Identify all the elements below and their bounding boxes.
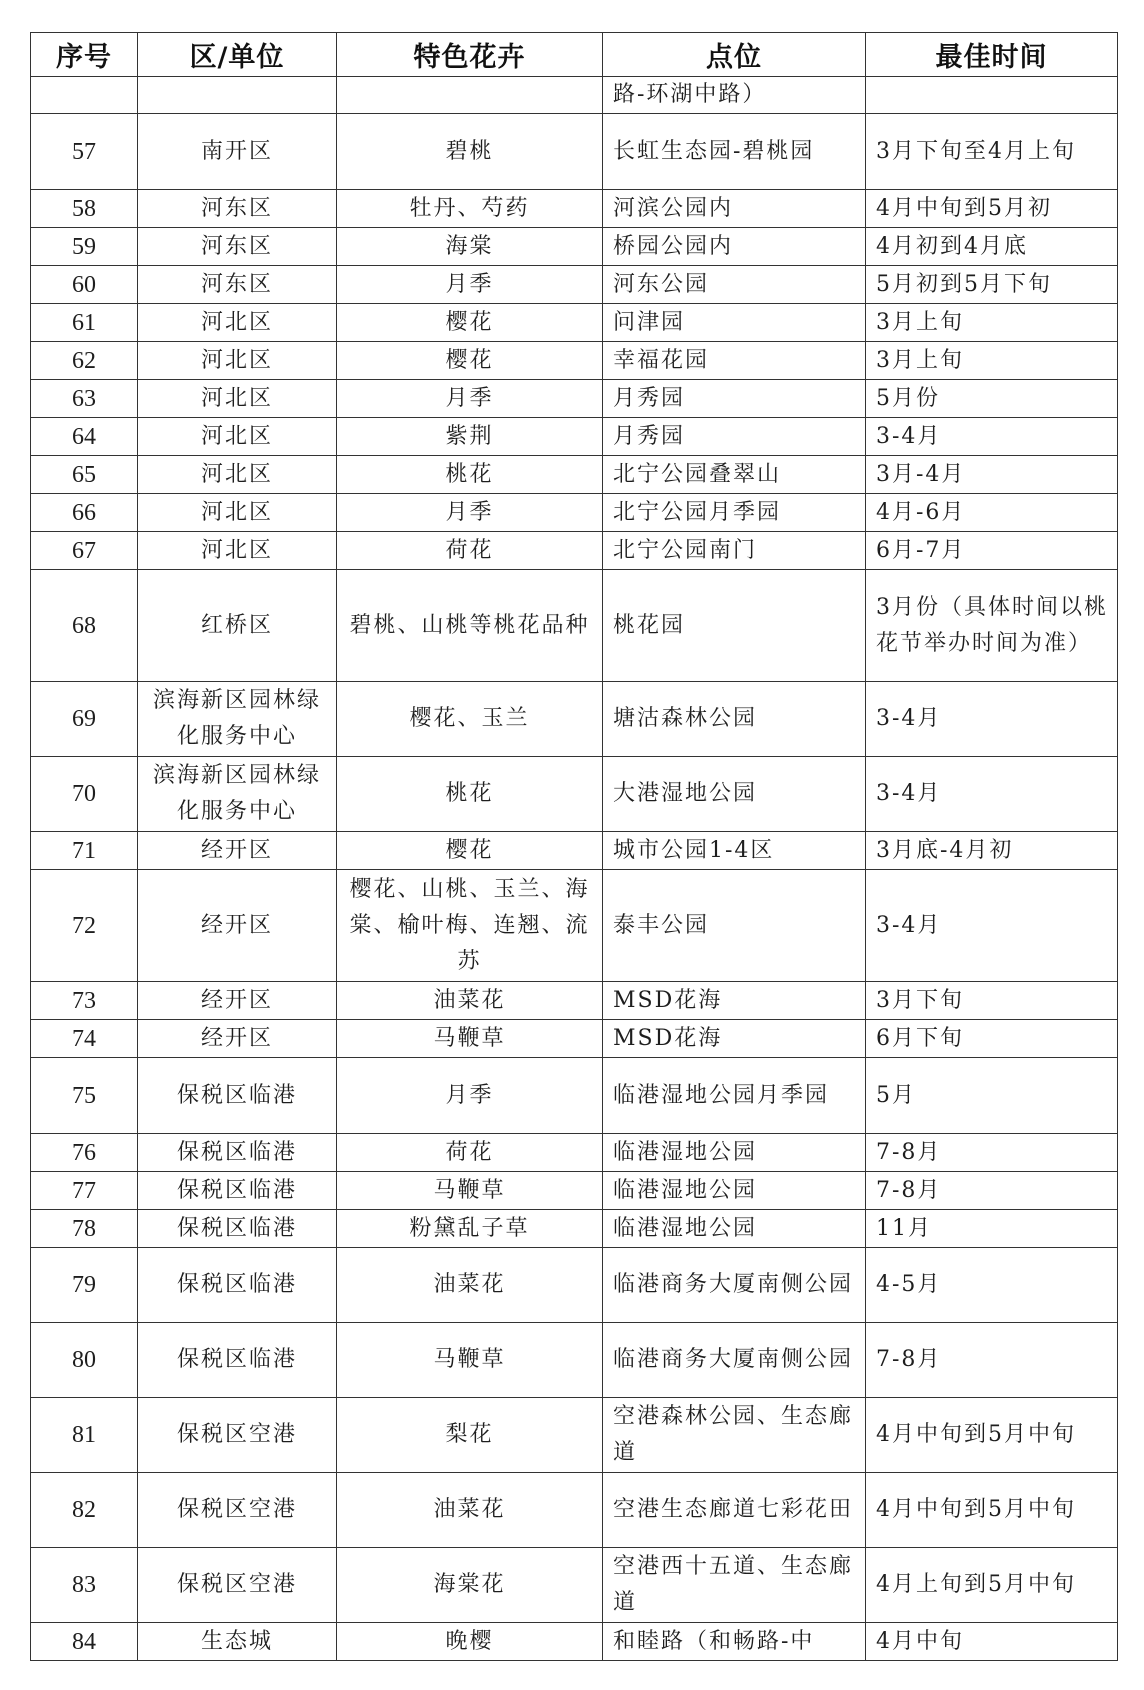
cell-location: 长虹生态园-碧桃园 — [603, 114, 866, 190]
table-row: 79保税区临港油菜花临港商务大厦南侧公园4-5月 — [31, 1248, 1118, 1323]
cell-flower: 油菜花 — [337, 1248, 603, 1323]
cell-district: 经开区 — [138, 870, 337, 982]
cell-serial-number: 74 — [31, 1020, 138, 1058]
cell-district: 红桥区 — [138, 570, 337, 682]
cell-district: 河东区 — [138, 190, 337, 228]
cell-flower: 梨花 — [337, 1398, 603, 1473]
table-row: 82保税区空港油菜花空港生态廊道七彩花田4月中旬到5月中旬 — [31, 1473, 1118, 1548]
cell-location: 空港西十五道、生态廊道 — [603, 1548, 866, 1623]
cell-best-time: 4月初到4月底 — [866, 228, 1118, 266]
cell-serial-number: 81 — [31, 1398, 138, 1473]
cell-flower: 粉黛乱子草 — [337, 1210, 603, 1248]
cell-serial-number: 69 — [31, 682, 138, 757]
cell-flower: 月季 — [337, 1058, 603, 1134]
cell-location: 空港森林公园、生态廊道 — [603, 1398, 866, 1473]
cell-best-time: 4月-6月 — [866, 494, 1118, 532]
cell-serial-number: 59 — [31, 228, 138, 266]
cell-location: 桥园公园内 — [603, 228, 866, 266]
cell-best-time: 4月中旬到5月中旬 — [866, 1398, 1118, 1473]
header-best-time: 最佳时间 — [866, 33, 1118, 77]
cell-serial-number: 61 — [31, 304, 138, 342]
table-row: 67河北区荷花北宁公园南门6月-7月 — [31, 532, 1118, 570]
cell-location: 幸福花园 — [603, 342, 866, 380]
cell-flower: 桃花 — [337, 757, 603, 832]
cell-serial-number: 73 — [31, 982, 138, 1020]
cell-district: 河北区 — [138, 532, 337, 570]
cell-best-time — [866, 77, 1118, 114]
cell-location: 泰丰公园 — [603, 870, 866, 982]
cell-flower: 樱花 — [337, 832, 603, 870]
cell-location: 桃花园 — [603, 570, 866, 682]
table-row: 73经开区油菜花MSD花海3月下旬 — [31, 982, 1118, 1020]
cell-serial-number: 63 — [31, 380, 138, 418]
cell-flower: 马鞭草 — [337, 1172, 603, 1210]
cell-serial-number: 79 — [31, 1248, 138, 1323]
cell-district: 保税区空港 — [138, 1398, 337, 1473]
cell-serial-number: 67 — [31, 532, 138, 570]
cell-flower: 樱花 — [337, 342, 603, 380]
cell-serial-number: 83 — [31, 1548, 138, 1623]
header-featured-flower: 特色花卉 — [337, 33, 603, 77]
cell-location: 临港商务大厦南侧公园 — [603, 1323, 866, 1398]
table-row: 65河北区桃花北宁公园叠翠山3月-4月 — [31, 456, 1118, 494]
cell-district: 经开区 — [138, 982, 337, 1020]
cell-flower: 马鞭草 — [337, 1323, 603, 1398]
cell-best-time: 6月下旬 — [866, 1020, 1118, 1058]
cell-flower: 荷花 — [337, 532, 603, 570]
table-row: 64河北区紫荆月秀园3-4月 — [31, 418, 1118, 456]
cell-serial-number: 66 — [31, 494, 138, 532]
cell-district: 南开区 — [138, 114, 337, 190]
table-row: 74经开区马鞭草MSD花海6月下旬 — [31, 1020, 1118, 1058]
cell-district: 滨海新区园林绿化服务中心 — [138, 682, 337, 757]
cell-district: 保税区临港 — [138, 1058, 337, 1134]
cell-location: 河滨公园内 — [603, 190, 866, 228]
cell-best-time: 3月下旬 — [866, 982, 1118, 1020]
cell-location: 临港湿地公园 — [603, 1210, 866, 1248]
table-row: 80保税区临港马鞭草临港商务大厦南侧公园7-8月 — [31, 1323, 1118, 1398]
cell-best-time: 3-4月 — [866, 418, 1118, 456]
table-row: 68红桥区碧桃、山桃等桃花品种桃花园3月份（具体时间以桃花节举办时间为准） — [31, 570, 1118, 682]
cell-serial-number: 70 — [31, 757, 138, 832]
table-row: 59河东区海棠桥园公园内4月初到4月底 — [31, 228, 1118, 266]
cell-location: 临港湿地公园 — [603, 1172, 866, 1210]
cell-location: 北宁公园南门 — [603, 532, 866, 570]
cell-district: 保税区空港 — [138, 1548, 337, 1623]
cell-serial-number: 64 — [31, 418, 138, 456]
cell-location: 大港湿地公园 — [603, 757, 866, 832]
cell-best-time: 3月份（具体时间以桃花节举办时间为准） — [866, 570, 1118, 682]
cell-best-time: 5月份 — [866, 380, 1118, 418]
table-row: 72经开区樱花、山桃、玉兰、海棠、榆叶梅、连翘、流苏泰丰公园3-4月 — [31, 870, 1118, 982]
cell-district: 生态城 — [138, 1623, 337, 1661]
table-row: 69滨海新区园林绿化服务中心樱花、玉兰塘沽森林公园3-4月 — [31, 682, 1118, 757]
cell-serial-number: 57 — [31, 114, 138, 190]
cell-best-time: 4月中旬 — [866, 1623, 1118, 1661]
cell-district: 滨海新区园林绿化服务中心 — [138, 757, 337, 832]
cell-district: 河北区 — [138, 418, 337, 456]
cell-flower: 月季 — [337, 494, 603, 532]
cell-location: 问津园 — [603, 304, 866, 342]
cell-flower: 晚樱 — [337, 1623, 603, 1661]
cell-flower: 桃花 — [337, 456, 603, 494]
cell-location: 临港商务大厦南侧公园 — [603, 1248, 866, 1323]
cell-flower: 油菜花 — [337, 982, 603, 1020]
cell-flower: 樱花、山桃、玉兰、海棠、榆叶梅、连翘、流苏 — [337, 870, 603, 982]
cell-location: 空港生态廊道七彩花田 — [603, 1473, 866, 1548]
cell-district: 河北区 — [138, 342, 337, 380]
cell-district: 保税区临港 — [138, 1248, 337, 1323]
cell-serial-number: 72 — [31, 870, 138, 982]
cell-serial-number: 78 — [31, 1210, 138, 1248]
cell-best-time: 3-4月 — [866, 870, 1118, 982]
cell-serial-number: 65 — [31, 456, 138, 494]
cell-serial-number: 71 — [31, 832, 138, 870]
cell-flower: 碧桃 — [337, 114, 603, 190]
cell-district: 河北区 — [138, 304, 337, 342]
cell-district: 河东区 — [138, 266, 337, 304]
cell-flower: 牡丹、芍药 — [337, 190, 603, 228]
cell-flower: 海棠花 — [337, 1548, 603, 1623]
cell-district: 经开区 — [138, 832, 337, 870]
cell-best-time: 11月 — [866, 1210, 1118, 1248]
cell-best-time: 3月下旬至4月上旬 — [866, 114, 1118, 190]
cell-location: 月秀园 — [603, 380, 866, 418]
cell-district: 保税区临港 — [138, 1172, 337, 1210]
cell-serial-number: 77 — [31, 1172, 138, 1210]
cell-best-time: 3月上旬 — [866, 342, 1118, 380]
table-row: 路-环湖中路） — [31, 77, 1118, 114]
table-body: 路-环湖中路）57南开区碧桃长虹生态园-碧桃园3月下旬至4月上旬58河东区牡丹、… — [31, 77, 1118, 1661]
cell-district: 经开区 — [138, 1020, 337, 1058]
cell-district: 保税区空港 — [138, 1473, 337, 1548]
cell-best-time: 6月-7月 — [866, 532, 1118, 570]
cell-location: MSD花海 — [603, 982, 866, 1020]
cell-best-time: 4月中旬到5月初 — [866, 190, 1118, 228]
cell-best-time: 7-8月 — [866, 1323, 1118, 1398]
cell-best-time: 3月上旬 — [866, 304, 1118, 342]
cell-best-time: 7-8月 — [866, 1172, 1118, 1210]
table-row: 62河北区樱花幸福花园3月上旬 — [31, 342, 1118, 380]
cell-flower: 月季 — [337, 266, 603, 304]
header-location: 点位 — [603, 33, 866, 77]
cell-location: 河东公园 — [603, 266, 866, 304]
cell-location: MSD花海 — [603, 1020, 866, 1058]
cell-flower: 油菜花 — [337, 1473, 603, 1548]
table-row: 63河北区月季月秀园5月份 — [31, 380, 1118, 418]
cell-location: 临港湿地公园月季园 — [603, 1058, 866, 1134]
header-district-unit: 区/单位 — [138, 33, 337, 77]
cell-flower: 樱花、玉兰 — [337, 682, 603, 757]
cell-serial-number: 76 — [31, 1134, 138, 1172]
cell-best-time: 7-8月 — [866, 1134, 1118, 1172]
cell-serial-number: 75 — [31, 1058, 138, 1134]
cell-district: 河北区 — [138, 494, 337, 532]
cell-location: 北宁公园叠翠山 — [603, 456, 866, 494]
table-row: 75保税区临港月季临港湿地公园月季园5月 — [31, 1058, 1118, 1134]
cell-flower: 荷花 — [337, 1134, 603, 1172]
cell-district: 保税区临港 — [138, 1210, 337, 1248]
cell-location: 月秀园 — [603, 418, 866, 456]
cell-district: 河东区 — [138, 228, 337, 266]
table-row: 71经开区樱花城市公园1-4区3月底-4月初 — [31, 832, 1118, 870]
cell-district: 保税区临港 — [138, 1323, 337, 1398]
cell-best-time: 3月-4月 — [866, 456, 1118, 494]
table-row: 61河北区樱花问津园3月上旬 — [31, 304, 1118, 342]
cell-best-time: 3-4月 — [866, 682, 1118, 757]
cell-serial-number: 80 — [31, 1323, 138, 1398]
table-row: 57南开区碧桃长虹生态园-碧桃园3月下旬至4月上旬 — [31, 114, 1118, 190]
cell-location: 临港湿地公园 — [603, 1134, 866, 1172]
cell-serial-number: 62 — [31, 342, 138, 380]
table-row: 78保税区临港粉黛乱子草临港湿地公园11月 — [31, 1210, 1118, 1248]
cell-district — [138, 77, 337, 114]
cell-location: 城市公园1-4区 — [603, 832, 866, 870]
cell-best-time: 4-5月 — [866, 1248, 1118, 1323]
table-row: 76保税区临港荷花临港湿地公园7-8月 — [31, 1134, 1118, 1172]
table-row: 66河北区月季北宁公园月季园4月-6月 — [31, 494, 1118, 532]
cell-best-time: 5月 — [866, 1058, 1118, 1134]
table-row: 58河东区牡丹、芍药河滨公园内4月中旬到5月初 — [31, 190, 1118, 228]
cell-serial-number: 58 — [31, 190, 138, 228]
cell-flower: 海棠 — [337, 228, 603, 266]
cell-district: 河北区 — [138, 380, 337, 418]
cell-best-time: 4月中旬到5月中旬 — [866, 1473, 1118, 1548]
cell-flower: 樱花 — [337, 304, 603, 342]
cell-best-time: 3-4月 — [866, 757, 1118, 832]
table-row: 83保税区空港海棠花空港西十五道、生态廊道4月上旬到5月中旬 — [31, 1548, 1118, 1623]
cell-district: 保税区临港 — [138, 1134, 337, 1172]
cell-serial-number: 84 — [31, 1623, 138, 1661]
table-row: 60河东区月季河东公园5月初到5月下旬 — [31, 266, 1118, 304]
cell-flower: 紫荆 — [337, 418, 603, 456]
table-row: 81保税区空港梨花空港森林公园、生态廊道4月中旬到5月中旬 — [31, 1398, 1118, 1473]
cell-flower: 马鞭草 — [337, 1020, 603, 1058]
cell-best-time: 5月初到5月下旬 — [866, 266, 1118, 304]
cell-location: 北宁公园月季园 — [603, 494, 866, 532]
cell-location: 塘沽森林公园 — [603, 682, 866, 757]
header-row: 序号 区/单位 特色花卉 点位 最佳时间 — [31, 33, 1118, 77]
cell-serial-number: 60 — [31, 266, 138, 304]
cell-district: 河北区 — [138, 456, 337, 494]
flower-viewing-table: 序号 区/单位 特色花卉 点位 最佳时间 路-环湖中路）57南开区碧桃长虹生态园… — [30, 32, 1118, 1661]
cell-serial-number — [31, 77, 138, 114]
cell-best-time: 3月底-4月初 — [866, 832, 1118, 870]
cell-flower — [337, 77, 603, 114]
cell-location: 和睦路（和畅路-中 — [603, 1623, 866, 1661]
cell-flower: 月季 — [337, 380, 603, 418]
table-row: 70滨海新区园林绿化服务中心桃花大港湿地公园3-4月 — [31, 757, 1118, 832]
cell-best-time: 4月上旬到5月中旬 — [866, 1548, 1118, 1623]
table-row: 77保税区临港马鞭草临港湿地公园7-8月 — [31, 1172, 1118, 1210]
cell-flower: 碧桃、山桃等桃花品种 — [337, 570, 603, 682]
table-row: 84生态城晚樱和睦路（和畅路-中4月中旬 — [31, 1623, 1118, 1661]
cell-serial-number: 68 — [31, 570, 138, 682]
cell-location: 路-环湖中路） — [603, 77, 866, 114]
cell-serial-number: 82 — [31, 1473, 138, 1548]
header-serial-number: 序号 — [31, 33, 138, 77]
